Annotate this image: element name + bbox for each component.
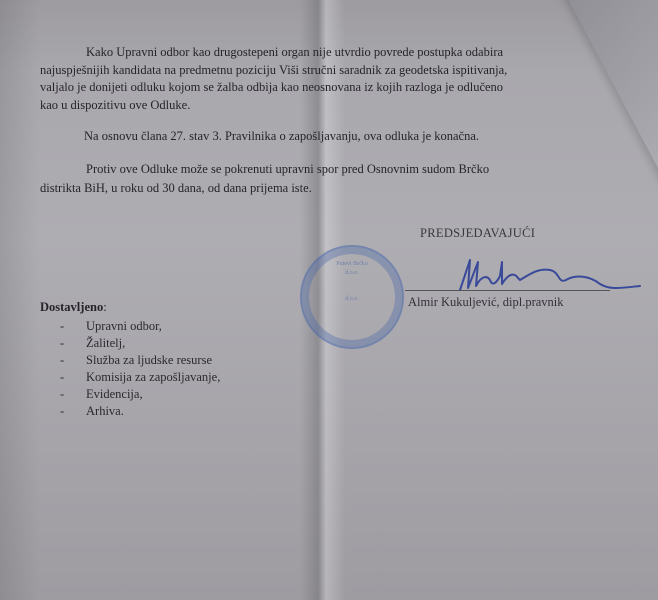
distribution-label: Dostavljeno: bbox=[40, 301, 107, 314]
distribution-item-text: Arhiva. bbox=[86, 404, 124, 418]
distribution-item-text: Služba za ljudske resurse bbox=[86, 353, 212, 367]
stamp-text-3: d.o.o. bbox=[302, 296, 402, 302]
bullet-dash: - bbox=[60, 352, 86, 369]
paragraph-1-line-3: valjalo je donijeti odluku kojom se žalb… bbox=[40, 81, 503, 94]
document-page: Kako Upravni odbor kao drugostepeni orga… bbox=[0, 0, 658, 600]
page-corner bbox=[558, 0, 658, 183]
distribution-item: -Arhiva. bbox=[60, 403, 220, 420]
distribution-item-text: Komisija za zapošljavanje, bbox=[86, 370, 220, 384]
distribution-label-text: Dostavljeno bbox=[40, 300, 103, 314]
handwritten-signature bbox=[440, 250, 650, 300]
distribution-item: -Upravni odbor, bbox=[60, 318, 220, 335]
paragraph-2: Na osnovu člana 27. stav 3. Pravilnika o… bbox=[84, 130, 479, 143]
bullet-dash: - bbox=[60, 386, 86, 403]
distribution-label-colon: : bbox=[103, 300, 106, 314]
paragraph-3-line-2: distrikta BiH, u roku od 30 dana, od dan… bbox=[40, 182, 312, 195]
distribution-item: -Žalitelj, bbox=[60, 335, 220, 352]
distribution-list: -Upravni odbor, -Žalitelj, -Služba za lj… bbox=[60, 318, 220, 420]
paragraph-1-line-2: najuspješnijih kandidata na predmetnu po… bbox=[40, 64, 507, 77]
bullet-dash: - bbox=[60, 318, 86, 335]
distribution-item: -Služba za ljudske resurse bbox=[60, 352, 220, 369]
distribution-item-text: Upravni odbor, bbox=[86, 319, 162, 333]
distribution-item-text: Evidencija, bbox=[86, 387, 143, 401]
stamp-text-2: d.o.o. bbox=[302, 270, 402, 276]
distribution-item: -Komisija za zapošljavanje, bbox=[60, 369, 220, 386]
paragraph-3-line-1: Protiv ove Odluke može se pokrenuti upra… bbox=[86, 163, 489, 176]
bullet-dash: - bbox=[60, 369, 86, 386]
paragraph-1-line-1: Kako Upravni odbor kao drugostepeni orga… bbox=[86, 46, 503, 59]
signature-line bbox=[405, 290, 610, 291]
stamp-text-1: Putevi Brčko bbox=[302, 261, 402, 267]
distribution-item-text: Žalitelj, bbox=[86, 336, 125, 350]
signer-name: Almir Kukuljević, dipl.pravnik bbox=[408, 296, 564, 309]
signatory-title: PREDSJEDAVAJUĆI bbox=[420, 227, 535, 240]
distribution-item: -Evidencija, bbox=[60, 386, 220, 403]
official-stamp: Putevi Brčko d.o.o. d.o.o. bbox=[300, 245, 404, 349]
paragraph-1-line-4: kao u dispozitivu ove Odluke. bbox=[40, 99, 190, 112]
bullet-dash: - bbox=[60, 335, 86, 352]
bullet-dash: - bbox=[60, 403, 86, 420]
